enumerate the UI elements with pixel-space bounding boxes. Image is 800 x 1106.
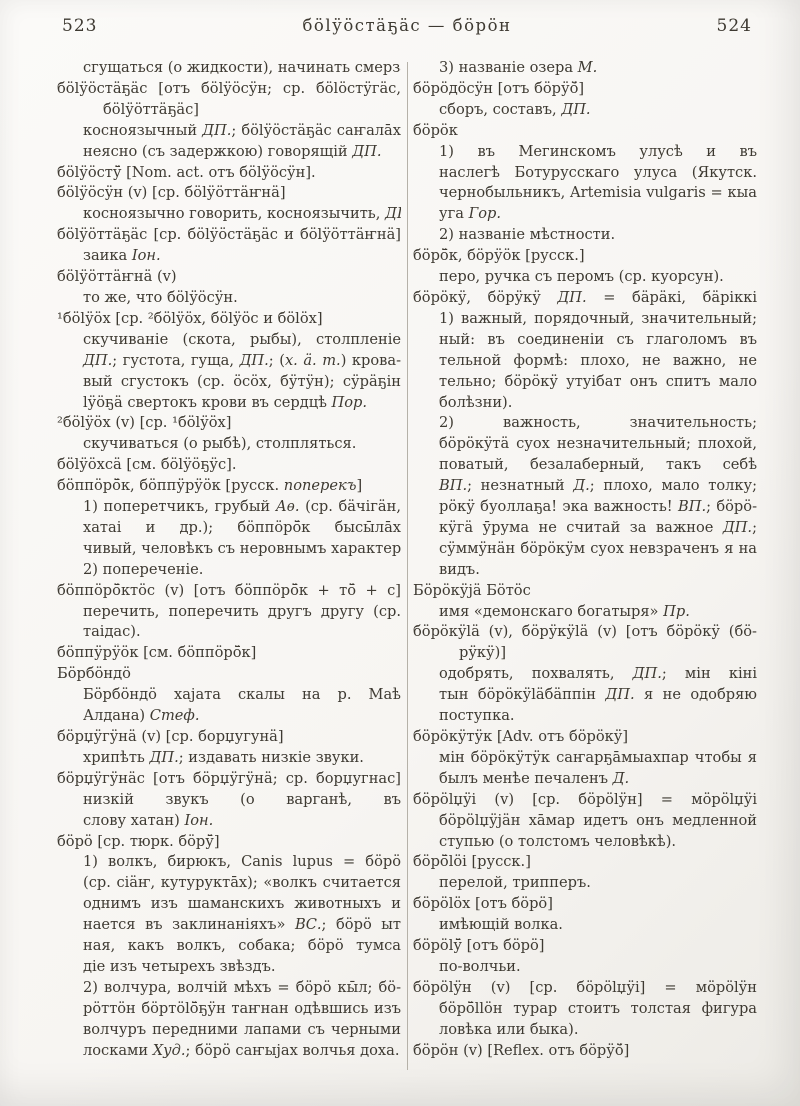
definition-line: перелой, трипперъ. (413, 873, 757, 894)
entry-headword-line: бӧрӧ̄к, бӧрӱӧк [русск.] (413, 246, 757, 267)
definition-line: бӧрӧкӱтӓ суох незначительный; плохой, ал… (413, 434, 757, 455)
entry-headword-line: бӧрӧдӧсӱн [отъ бӧрӱӧ̆] (413, 79, 757, 100)
definition-line: 3) названіе озера М. (413, 58, 757, 79)
definition-line: скучиваніе (скота, рыбы), столпленіе (лю… (57, 330, 401, 351)
definition-line: то же, что бӧlӱӧсӱн. (57, 288, 401, 309)
definition-line: чернобыльникъ, Artemisia vulgaris = кыа (413, 183, 757, 204)
definition-line: тельно; бӧрӧкӱ утуібат онъ спитъ мало (п… (413, 372, 757, 393)
definition-line: 2) волчура, волчій мѣхъ = бӧрӧ кы̄л; бӧ- (57, 978, 401, 999)
definition-line: Алдана) Стеф. (57, 706, 401, 727)
column-divider (407, 62, 408, 1070)
entry-headword-line: бӧппӱрӱӧк [см. бӧппӧрӧ̄к] (57, 643, 401, 664)
definition-line: хрипѣть ДП.; издавать низкіе звуки. (57, 748, 401, 769)
definition-line: 2) названіе мѣстности. (413, 225, 757, 246)
entry-headword-line: бӧрӧlӧх [отъ бӧрӧ] (413, 894, 757, 915)
definition-line: перечить, поперечить другъ другу (ср. ха… (57, 602, 401, 623)
definition-line: слову хатан) Іон. (57, 811, 401, 832)
definition-line: 1) волкъ, бирюкъ, Canis lupus = бӧрӧ кы̄… (57, 852, 401, 873)
definition-line: сборъ, составъ, ДП. (413, 100, 757, 121)
entry-headword-line: бӧlӱӧттӓҥнӓ (v) (57, 267, 401, 288)
entry-headword-line: бӧlӱӧстӱ̄ [Nom. act. отъ бӧlӱӧсӱн]. (57, 163, 401, 184)
definition-line: поступка. (413, 706, 757, 727)
definition-line: тын бӧрӧкӱlӓбӓппін ДП. я не одобряю его (413, 685, 757, 706)
definition-line: рӱкӱ)] (413, 643, 757, 664)
definition-line: ВП.; незнатный Д.; плохо, мало толку; бӧ… (413, 476, 757, 497)
entry-headword-line: бӧппӧрӧ̄к, бӧппӱрӱӧк [русск. поперекъ] (57, 476, 401, 497)
definition-line: Бӧрбӧндӧ хаjата скалы на р. Маѣ (притокъ (57, 685, 401, 706)
definition-line: бӧрӧ̄llӧн турар стоитъ толстая фигура (ч… (413, 999, 757, 1020)
definition-line: таідас). (57, 622, 401, 643)
definition-line: кӱгӓ ӯрума не считай за важное ДП.; дjӱ- (413, 518, 757, 539)
definition-line: одобрять, похвалять, ДП.; мін кіні гыммы… (413, 664, 757, 685)
definition-line: по-волчьи. (413, 957, 757, 978)
definition-line: ДП.; густота, гуща, ДП.; (х. ӓ. т.) кров… (57, 351, 401, 372)
entry-headword-line: Бӧрбӧндӧ (57, 664, 401, 685)
definition-line: рӧкӱ буоллаҕа! эка важность! ВП.; бӧрӧ- (413, 497, 757, 518)
definition-line: бӧlӱӧттӓҕӓс] (57, 100, 401, 121)
definition-line: хатаі и др.); бӧппӧрӧ̄к бысы̄лāх несгово… (57, 518, 401, 539)
entry-headword-line: бӧрӧlӱн (v) [ср. бӧрӧlџӱі] = мӧрӧlӱн (413, 978, 757, 999)
entry-headword-line: бӧlӱӧттӓҕӓс [ср. бӧlӱӧстӓҕӓс и бӧlӱӧттӓҥ… (57, 225, 401, 246)
definition-line: имя «демонскаго богатыря» Пр. (413, 602, 757, 623)
entry-headword-line: бӧрӧкӱlӓ (v), бӧрӱкӱlӓ (v) [отъ бӧрӧкӱ (… (413, 622, 757, 643)
definition-line: скучиваться (о рыбѣ), столпляться. (57, 434, 401, 455)
definition-line: однимъ изъ шаманскихъ животныхъ и поми- (57, 894, 401, 915)
running-head: бӧlӱӧстӓҕӓс — бӧрӧн (132, 16, 682, 35)
definition-line: видъ. (413, 560, 757, 581)
definition-line: косноязычно говорить, косноязычить, ДП. (57, 204, 401, 225)
definition-line: вый сгустокъ (ср. ӧсӧх, бӱтӱн); сӱрӓҕін … (57, 372, 401, 393)
entry-headword-line: бӧlӱӧсӱн (v) [ср. бӧlӱӧттӓҥнӓ] (57, 183, 401, 204)
entry-headword-line: бӧрӧ̄lӧі [русск.] (413, 852, 757, 873)
definition-line: ступью (о толстомъ человѣкѣ). (413, 832, 757, 853)
entry-headword-line: бӧрӧ [ср. тюрк. бӧрӱ̄] (57, 832, 401, 853)
definition-line: волчуръ передними лапами съ черными по- (57, 1020, 401, 1041)
entry-headword-line: бӧрӧlӱ̄ [отъ бӧрӧ] (413, 936, 757, 957)
page-number-left: 523 (62, 16, 132, 36)
definition-line: неясно (съ задержкою) говорящій ДП. (57, 142, 401, 163)
entry-headword-line: бӧрӧlџӱі (v) [ср. бӧрӧlӱн] = мӧрӧlџӱі (413, 790, 757, 811)
definition-line: 2) попереченіе. (57, 560, 401, 581)
entry-headword-line: ¹бӧlӱӧх [ср. ²бӧlӱӧх, бӧlӱӧс и бӧlӧх] (57, 309, 401, 330)
definition-line: имѣющій волка. (413, 915, 757, 936)
definition-line: сгущаться (о жидкости), начинать смерзат… (57, 58, 401, 79)
right-column: 3) названіе озера М.бӧрӧдӧсӱн [отъ бӧрӱӧ… (413, 58, 757, 1070)
page-header: 523 бӧlӱӧстӓҕӓс — бӧрӧн 524 (62, 16, 752, 36)
definition-line: низкій звукъ (о варганѣ, въ противополож… (57, 790, 401, 811)
entry-headword-line: Бӧрӧкӱjӓ Бӧтӧс (413, 581, 757, 602)
definition-line: 1) важный, порядочный, значительный; взр… (413, 309, 757, 330)
entry-headword-line: бӧlӱӧхсӓ [см. бӧlӱӧҕӱс]. (57, 455, 401, 476)
definition-line: ный: въ соединеніи съ глаголомъ въ отриц… (413, 330, 757, 351)
definition-line: 1) въ Мегинскомъ улусѣ и въ Сулгачинском… (413, 142, 757, 163)
definition-line: косноязычный ДП.; бӧlӱӧстӓҕӓс саҥалāх (57, 121, 401, 142)
definition-line: нается въ заклинаніяхъ» ВС.; бӧрӧ ыт хищ… (57, 915, 401, 936)
definition-line: уга Гор. (413, 204, 757, 225)
definition-line: бӧрӧlџӱjӓн хāмар идетъ онъ медленной по- (413, 811, 757, 832)
definition-line: чивый, человѣкъ съ неровнымъ характеромъ… (57, 539, 401, 560)
definition-line: мін бӧрӧкӱтӱк саҥарҕāмыахпар чтобы я (413, 748, 757, 769)
left-column: сгущаться (о жидкости), начинать смерзат… (57, 58, 401, 1070)
definition-line: lӱӧҕӓ свертокъ крови въ сердцѣ Пор. (57, 393, 401, 414)
entry-headword-line: бӧрӧкӱтӱк [Adv. отъ бӧрӧкӱ] (413, 727, 757, 748)
entry-headword-line: бӧрџӱгӱнӓс [отъ бӧрџӱгӱнӓ; ср. борџугнас… (57, 769, 401, 790)
definition-line: ная, какъ волкъ, собака; бӧрӧ тумса созв… (57, 936, 401, 957)
definition-line: ловѣка или быка). (413, 1020, 757, 1041)
definition-line: перо, ручка съ перомъ (ср. куорсун). (413, 267, 757, 288)
definition-line: діе изъ четырехъ звѣздъ. (57, 957, 401, 978)
text-columns: сгущаться (о жидкости), начинать смерзат… (57, 58, 757, 1070)
definition-line: 2) важность, значительность; взрачность; (413, 413, 757, 434)
dictionary-page: 523 бӧlӱӧстӓҕӓс — бӧрӧн 524 сгущаться (о… (0, 0, 800, 1106)
definition-line: 1) поперетчикъ, грубый Аѳ. (ср. бӓчігӓн, (57, 497, 401, 518)
definition-line: заика Іон. (57, 246, 401, 267)
definition-line: болѣзни). (413, 393, 757, 414)
definition-line: сӱммӱнӓн бӧрӧкӱм суох невзраченъ я на (413, 539, 757, 560)
entry-headword-line: бӧрџӱгӱнӓ (v) [ср. борџугунӓ] (57, 727, 401, 748)
definition-line: тельной формѣ: плохо, не важно, не значи… (413, 351, 757, 372)
entry-headword-line: бӧlӱӧстӓҕӓс [отъ бӧlӱӧсӱн; ср. бӧlӧстӱгӓ… (57, 79, 401, 100)
entry-headword-line: бӧппӧрӧ̄ктӧс (v) [отъ бӧппӧрӧ̄к + тӧ̄ + … (57, 581, 401, 602)
definition-line: лосками Худ.; бӧрӧ саҥыjах волчья доха. (57, 1041, 401, 1062)
definition-line: рӧттӧн бӧртӧlӧ̄ҕӱн таҥнан одѣвшись изъ (57, 999, 401, 1020)
entry-headword-line: ²бӧlӱӧх (v) [ср. ¹бӧlӱӧх] (57, 413, 401, 434)
definition-line: былъ менѣе печаленъ Д. (413, 769, 757, 790)
entry-headword-line: бӧрӧк (413, 121, 757, 142)
entry-headword-line: бӧрӧн (v) [Reflex. отъ бӧрӱӧ̆] (413, 1041, 757, 1062)
definition-line: поватый, безалаберный, такъ себѣ (человѣ… (413, 455, 757, 476)
entry-headword-line: бӧрӧкӱ, бӧрӱкӱ ДП. = бӓрӓкі, бӓріккі (413, 288, 757, 309)
definition-line: (ср. сіӓҥ, кутуруктāх); «волкъ считается (57, 873, 401, 894)
page-number-right: 524 (682, 16, 752, 36)
definition-line: наслегѣ Ботурусскаго улуса (Якутск. окр.… (413, 163, 757, 184)
